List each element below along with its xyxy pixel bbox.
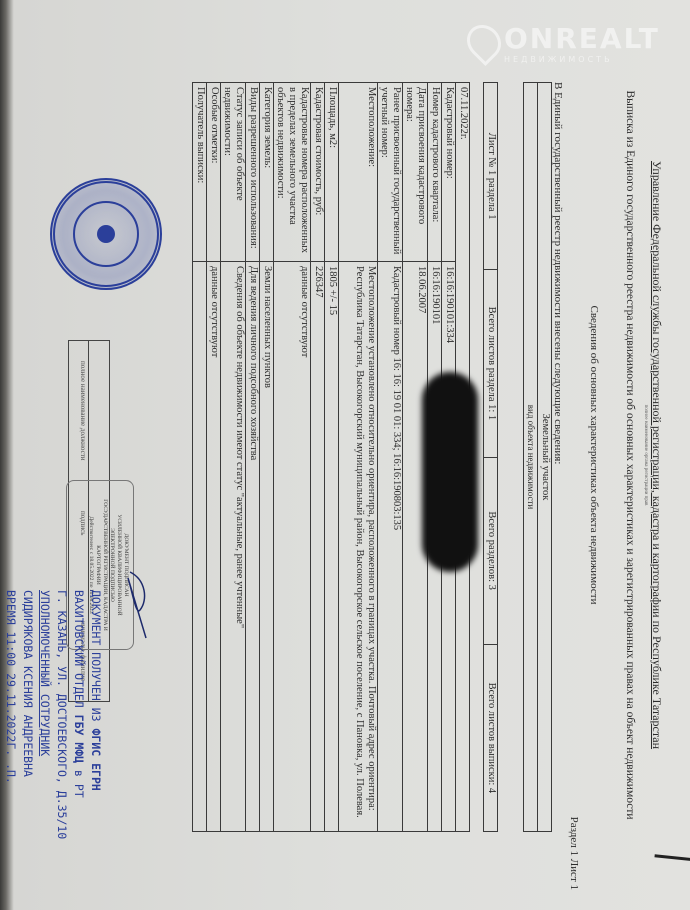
field-value: Земли населенных пунктов (260, 262, 274, 832)
table-row: Статус записи об объекте недвижимости:Св… (221, 83, 246, 832)
field-label: Кадастровая стоимость, руб: (311, 83, 325, 262)
field-value: Местоположение установлено относительно … (339, 262, 378, 832)
table-row: Кадастровая стоимость, руб:226347 (311, 83, 325, 832)
section-title: Сведения об основных характеристиках объ… (588, 0, 600, 910)
mfc-round-seal (50, 178, 162, 290)
section-ref: Раздел 1 Лист 1 (568, 817, 580, 890)
authority-text: Управление Федеральной службы государств… (650, 161, 664, 749)
field-value (193, 262, 207, 832)
table-row: Кадастровые номера расположенных в преде… (274, 83, 311, 832)
stamp-employee: СИДИРЯКОВА КСЕНИЯ АНДРЕЕВНА (19, 590, 36, 839)
sheets-in-section: Всего листов раздела 1: 1 (484, 270, 498, 457)
stamp-text: ДОКУМЕНТ ПОЛУЧЕН ИЗ (89, 590, 103, 722)
stamp-source: ФГИС ЕГРН (89, 729, 103, 791)
sections-total: Всего разделов: 3 (484, 457, 498, 644)
field-label: Дата присвоения кадастрового номера: (403, 83, 428, 262)
watermark-tagline: НЕДВИЖИМОСТЬ (504, 55, 690, 64)
field-value: данные отсутствуют (207, 262, 221, 832)
field-label: Кадастровые номера расположенных в преде… (274, 83, 311, 262)
stamp-address: Г. КАЗАНЬ, УЛ. ДОСТОЕВСКОГО, Д.35/10 (53, 590, 70, 839)
authority-title: Управление Федеральной службы государств… (649, 0, 664, 910)
table-row: Особые отметки:данные отсутствуют (207, 83, 221, 832)
sheet-number: Лист № 1 раздела 1 (484, 83, 498, 270)
table-row: Категория земель:Земли населенных пункто… (260, 83, 274, 832)
sheets-total: Всего листов выписки: 4 (484, 644, 498, 831)
extract-title: Выписка из Единого государственного реес… (624, 0, 636, 910)
table-row: Площадь, м2:1805 +/- 15 (325, 83, 339, 832)
stamp-org: ГБУ МФЦ (72, 715, 86, 763)
handwritten-signature (126, 570, 150, 640)
watermark-brand: ONREALT (504, 22, 690, 55)
object-type: Земельный участок (538, 83, 552, 832)
field-label: Местоположение: (339, 83, 378, 262)
intro-text: В Единый государственный реестр недвижим… (552, 82, 564, 464)
sheet-info-table: Лист № 1 раздела 1 Всего листов раздела … (483, 82, 498, 832)
field-value: Для ведения личного подсобного хозяйства (246, 262, 260, 832)
table-row: Ранее присвоенный государственный учетны… (378, 83, 403, 832)
table-row: Получатель выписки: (193, 83, 207, 832)
field-label: Номер кадастрового квартала: (428, 83, 442, 262)
field-label: Категория земель: (260, 83, 274, 262)
field-value: 1805 +/- 15 (325, 262, 339, 832)
field-value: Кадастровый номер 16: 16: 19 01 01: 334;… (378, 262, 403, 832)
stamp-text: в РТ (72, 770, 86, 798)
field-value: Сведения об объекте недвижимости имеют с… (221, 262, 246, 832)
stamp-datetime: ВРЕМЯ 11:00 29.11.2022Г. .П. (2, 590, 19, 839)
table-row: Местоположение:Местоположение установлен… (339, 83, 378, 832)
authority-caption: полное наименование органа регистрации п… (643, 0, 648, 910)
watermark: ONREALT НЕДВИЖИМОСТЬ (470, 22, 690, 62)
ecp-line: УСИЛЕННОЙ КВАЛИФИЦИРОВАННОЙ (115, 481, 122, 649)
stamp-text: ВАХИТОВСКИЙ ОТДЕЛ (72, 590, 86, 708)
field-label: Ранее присвоенный государственный учетны… (378, 83, 403, 262)
mfc-received-stamp: ДОКУМЕНТ ПОЛУЧЕН ИЗ ФГИС ЕГРН ВАХИТОВСКИ… (2, 590, 104, 839)
redaction-blot (422, 372, 478, 572)
table-row: Виды разрешенного использования:Для веде… (246, 83, 260, 832)
stamp-role: УПОЛНОМОЧЕННЫЙ СОТРУДНИК (36, 590, 53, 839)
field-value: 226347 (311, 262, 325, 832)
field-label: Площадь, м2: (325, 83, 339, 262)
position-caption: полное наименование должности (79, 361, 87, 461)
field-label: Кадастровый номер: (442, 83, 456, 262)
field-value: данные отсутствуют (274, 262, 311, 832)
field-label: Статус записи об объекте недвижимости: (221, 83, 246, 262)
field-label: Виды разрешенного использования: (246, 83, 260, 262)
ecp-line: ЭЛЕКТРОННОЙ ПОДПИСЬЮ (108, 481, 115, 649)
document-page: Управление Федеральной службы государств… (14, 0, 690, 910)
mfc-logo-icon (97, 225, 115, 243)
field-label: Особые отметки: (207, 83, 221, 262)
object-type-caption: вид объекта недвижимости (524, 83, 538, 832)
object-type-table: Земельный участок вид объекта недвижимос… (523, 82, 552, 832)
field-label: Получатель выписки: (193, 83, 207, 262)
